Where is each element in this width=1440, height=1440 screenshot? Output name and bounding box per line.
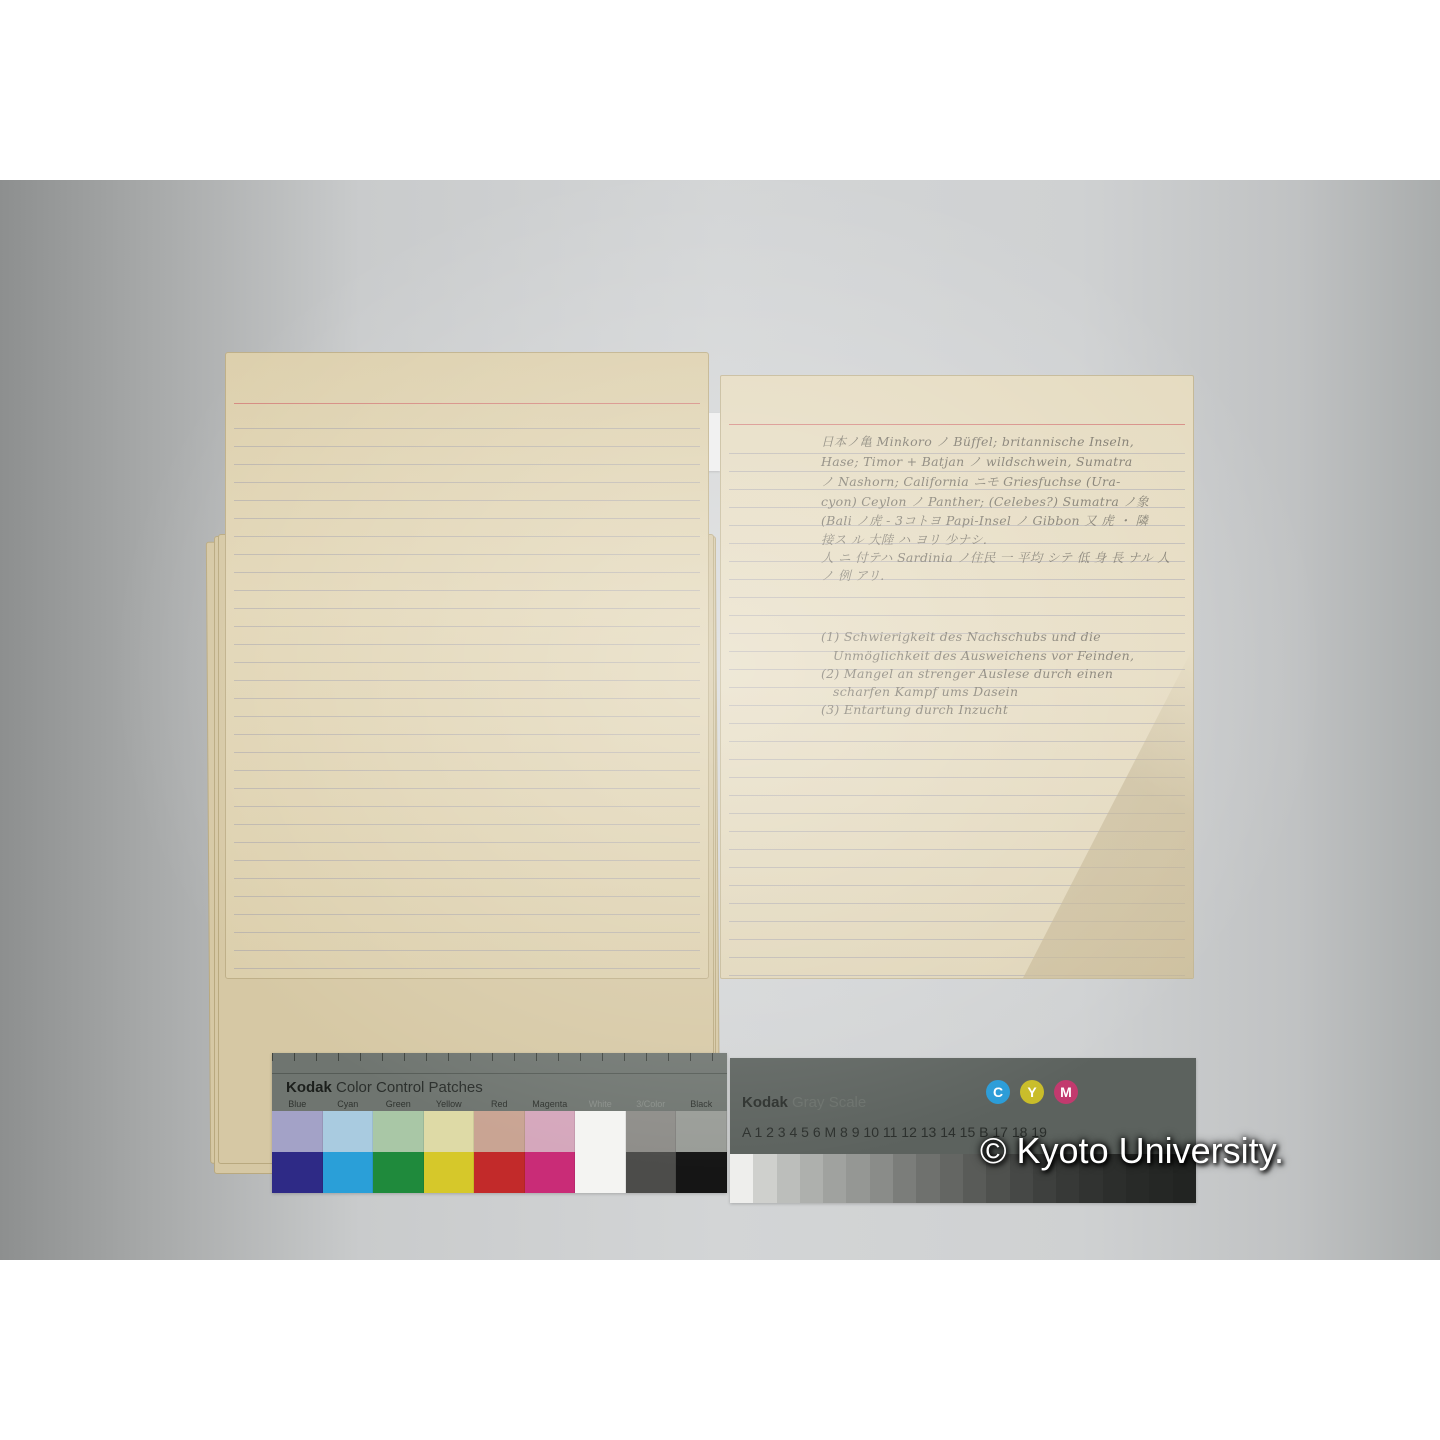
kodak-color-title: Kodak Color Control Patches (286, 1079, 483, 1096)
gray-step (753, 1154, 776, 1203)
gray-step (940, 1154, 963, 1203)
kodak-color-control-patches: Kodak Color Control Patches Blue Cyan Gr… (272, 1053, 727, 1193)
handwriting-line: ノ Nashorn; California ニモ Griesfuchse (Ur… (821, 472, 1121, 490)
color-chip (373, 1152, 424, 1193)
color-chip (272, 1111, 323, 1152)
handwriting-line: ノ 例 アリ. (821, 566, 885, 584)
cym-markers: CYM (986, 1080, 1078, 1104)
handwriting-line: Unmöglichkeit des Ausweichens vor Feinde… (833, 648, 1134, 663)
gray-step (846, 1154, 869, 1203)
chip-label: Blue (272, 1099, 323, 1109)
red-margin-line (729, 424, 1185, 425)
gray-step (777, 1154, 800, 1203)
handwriting-line: Hase; Timor + Batjan ノ wildschwein, Suma… (821, 452, 1132, 470)
kodak-brand: Kodak (286, 1079, 332, 1096)
color-chip (525, 1152, 576, 1193)
color-chip (676, 1152, 727, 1193)
color-chip (575, 1152, 626, 1193)
archival-photo: 1- 12 全 日本ノ亀 Minkoro ノ Büffel; britannis… (0, 180, 1440, 1260)
handwriting-line: (Bali ノ虎 - 3コトヨ Papi-Insel ノ Gibbon 又 虎 … (821, 511, 1148, 529)
chip-label: Magenta (525, 1099, 576, 1109)
red-margin-line (234, 403, 700, 404)
handwriting-line: 接ス ル 大陸 ハ ヨリ 少ナシ. (821, 530, 987, 548)
handwriting-line: scharfen Kampf ums Dasein (833, 684, 1018, 699)
gray-step (870, 1154, 893, 1203)
color-chip (272, 1152, 323, 1193)
gray-step (893, 1154, 916, 1203)
kodak-gray-title: Kodak Gray Scale (742, 1094, 866, 1111)
color-chip (373, 1111, 424, 1152)
chip-label: White (575, 1099, 626, 1109)
loose-handwritten-page: 日本ノ亀 Minkoro ノ Büffel; britannische Inse… (720, 375, 1194, 979)
ruler-scale (272, 1053, 727, 1074)
color-chip (424, 1111, 475, 1152)
kodak-brand: Kodak (742, 1094, 788, 1111)
color-chip (575, 1111, 626, 1152)
color-chip (323, 1111, 374, 1152)
cym-marker-icon: C (986, 1080, 1010, 1104)
gray-step (916, 1154, 939, 1203)
chip-label: Yellow (424, 1099, 475, 1109)
chip-label: Black (676, 1099, 727, 1109)
color-chip (424, 1152, 475, 1193)
chip-labels: Blue Cyan Green Yellow Red Magenta White… (272, 1099, 727, 1109)
gray-step (730, 1154, 753, 1203)
handwriting-line: 日本ノ亀 Minkoro ノ Büffel; britannische Inse… (821, 432, 1134, 450)
color-chip (474, 1111, 525, 1152)
ruled-lines (234, 411, 700, 978)
color-chip (323, 1152, 374, 1193)
chip-label: 3/Color (626, 1099, 677, 1109)
chip-label: Green (373, 1099, 424, 1109)
kodak-color-title-text: Color Control Patches (336, 1079, 483, 1096)
handwriting-line: 人 ニ 付テハ Sardinia ノ住民 一 平均 シテ 低 身 長 ナル 人 (821, 548, 1170, 566)
cym-marker-icon: M (1054, 1080, 1078, 1104)
color-chip (676, 1111, 727, 1152)
color-chip-grid (272, 1111, 727, 1193)
handwriting-line: (1) Schwierigkeit des Nachschubs und die (821, 629, 1101, 644)
cym-marker-icon: Y (1020, 1080, 1044, 1104)
color-chip (525, 1111, 576, 1152)
chip-label: Cyan (323, 1099, 374, 1109)
gray-step (800, 1154, 823, 1203)
handwriting-line: (3) Entartung durch Inzucht (821, 702, 1008, 717)
gray-step (823, 1154, 846, 1203)
handwriting-line: cyon) Ceylon ノ Panther; (Celebes?) Sumat… (821, 492, 1149, 510)
color-chip (474, 1152, 525, 1193)
color-chip (626, 1111, 677, 1152)
copyright-watermark: © Kyoto University. (980, 1130, 1284, 1172)
color-chip (626, 1152, 677, 1193)
kodak-gray-title-text: Gray Scale (792, 1094, 866, 1111)
notebook-top-page (225, 352, 709, 979)
handwriting-line: (2) Mangel an strenger Auslese durch ein… (821, 666, 1113, 681)
chip-label: Red (474, 1099, 525, 1109)
